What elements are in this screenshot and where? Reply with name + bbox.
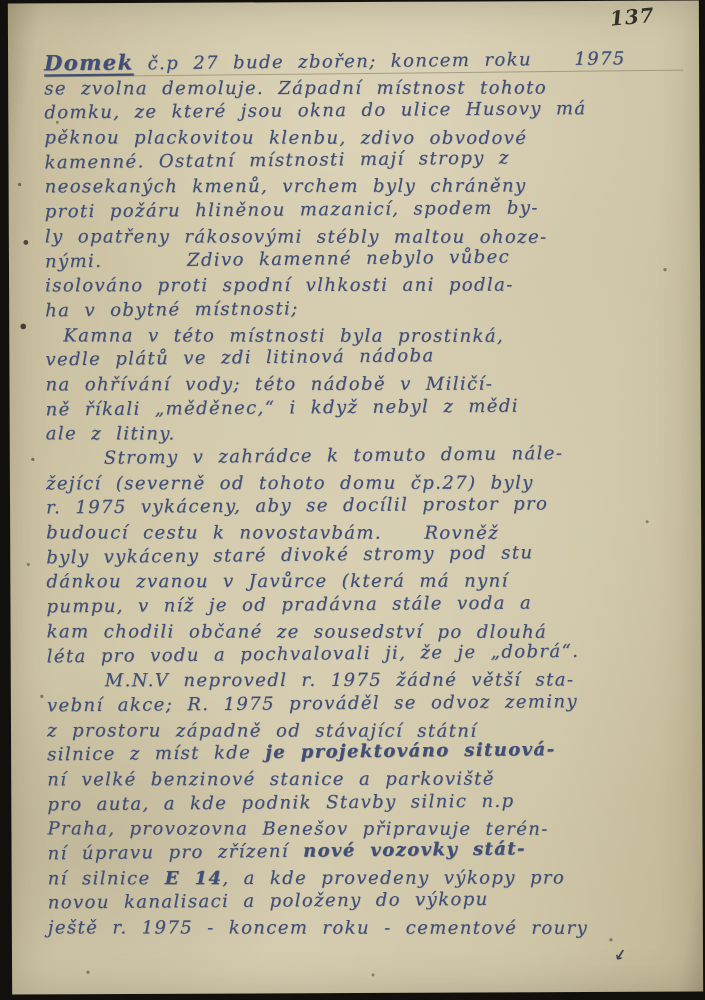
text-segment: budoucí cestu k novostavbám. Rovněž [46, 522, 499, 543]
text-segment: ní úpravu pro zřízení [47, 841, 303, 865]
text-segment: domku, ze které jsou okna do ulice Husov… [44, 98, 586, 123]
text-segment: E 14 [165, 868, 223, 889]
text-segment: se zvolna demoluje. Západní místnost toh… [44, 77, 547, 99]
handwritten-line: domku, ze které jsou okna do ulice Husov… [44, 97, 683, 127]
text-segment: dánkou zvanou v Javůrce (která má nyní [46, 571, 508, 593]
text-segment: 1975 [574, 48, 626, 70]
handwritten-line: novou kanalisaci a položeny do výkopu [48, 887, 687, 917]
text-segment: č.p 27 bude zbořen; koncem roku [133, 49, 574, 75]
text-segment: novou kanalisaci a položeny do výkopu [48, 889, 489, 913]
text-segment: nové vozovky stát- [303, 838, 526, 861]
text-segment: žející (severně od tohoto domu čp.27) by… [46, 472, 534, 494]
text-segment: ale z litiny. [46, 424, 176, 445]
handwritten-line: proti požáru hliněnou mazanicí, spodem b… [45, 195, 684, 225]
text-segment: ly opatřeny rákosovými stébly maltou oho… [45, 226, 548, 247]
lead-word: Domek [44, 49, 134, 75]
handwritten-line: r. 1975 vykáceny, aby se docílil prostor… [46, 492, 685, 522]
page-number: 137 [609, 3, 656, 31]
handwritten-line: pumpu, v níž je od pradávna stále voda a [46, 590, 685, 620]
text-segment: Kamna v této místnosti byla prostinká, [63, 325, 504, 346]
page-body: Domek č.p 27 bude zbořen; koncem roku 19… [44, 49, 687, 942]
text-segment: ha v obytné místnosti; [45, 298, 299, 321]
text-segment: z prostoru západně od stávající státní [47, 720, 477, 741]
text-segment: je projektováno situová- [265, 739, 555, 763]
handwritten-line: silnice z míst kde je projektováno situo… [47, 737, 686, 768]
text-segment: léta pro vodu a pochvalovali ji, že je „… [47, 640, 580, 667]
text-segment: kamenné. Ostatní místnosti mají stropy z [44, 147, 509, 173]
corner-arrow-mark: ↙ [613, 945, 629, 965]
text-segment: r. 1975 vykáceny, aby se docílil prostor… [46, 494, 548, 519]
text-segment: pro auta, a kde podnik Stavby silnic n.p [47, 790, 514, 815]
text-segment: pumpu, v níž je od pradávna stále voda a [46, 593, 532, 618]
text-segment: isolováno proti spodní vlhkosti ani podl… [45, 275, 514, 297]
handwritten-line: ještě r. 1975 - koncem roku - cementové … [48, 916, 687, 941]
handwritten-line: vební akce; R. 1975 prováděl se odvoz ze… [47, 689, 686, 719]
text-segment: ještě r. 1975 - koncem roku - cementové … [48, 917, 588, 938]
text-segment: Stromy v zahrádce k tomuto domu nále- [104, 443, 564, 469]
handwritten-line: vedle plátů ve zdi litinová nádoba [45, 342, 684, 373]
text-segment: kam chodili občané ze sousedství po dlou… [47, 621, 548, 642]
text-segment: neosekaných kmenů, vrchem byly chráněny [45, 176, 527, 198]
text-segment: M.N.V neprovedl r. 1975 žádné větší sta- [105, 670, 575, 692]
text-segment: ně říkali „měděnec,“ i když nebyl z mědi [46, 395, 519, 420]
text-segment: ní velké benzinové stanice a parkoviště [47, 769, 495, 791]
text-segment: nými. Zdivo kamenné nebylo vůbec [45, 246, 510, 272]
text-segment: byly vykáceny staré divoké stromy pod st… [46, 542, 533, 568]
text-segment: silnice z míst kde [47, 742, 265, 765]
text-segment: vedle plátů ve zdi litinová nádoba [45, 346, 434, 371]
handwritten-line: Stromy v zahrádce k tomuto domu nále- [46, 441, 685, 472]
text-segment: pěknou plackovitou klenbu, zdivo obvodov… [44, 127, 527, 148]
chronicle-page: 137 Domek č.p 27 bude zbořen; koncem rok… [8, 0, 703, 994]
text-segment: proti požáru hliněnou mazanicí, spodem b… [45, 198, 539, 223]
handwritten-line: ní úpravu pro zřízení nové vozovky stát- [47, 836, 686, 867]
ink-specks [8, 4, 10, 6]
handwritten-line: ha v obytné místnosti; [45, 294, 684, 324]
chronicle-photo: 137 Domek č.p 27 bude zbořen; koncem rok… [0, 0, 705, 1000]
handwritten-line: pro auta, a kde podnik Stavby silnic n.p [47, 788, 686, 818]
text-segment: na ohřívání vody; této nádobě v Miličí- [45, 374, 493, 396]
text-segment: vební akce; R. 1975 prováděl se odvoz ze… [47, 691, 578, 716]
handwritten-line: ně říkali „měděnec,“ i když nebyl z mědi [46, 393, 685, 423]
handwritten-line: Domek č.p 27 bude zbořen; koncem roku 19… [44, 45, 683, 77]
text-segment: , a kde provedeny výkopy pro [222, 867, 565, 889]
text-segment: ní silnice [48, 868, 165, 889]
